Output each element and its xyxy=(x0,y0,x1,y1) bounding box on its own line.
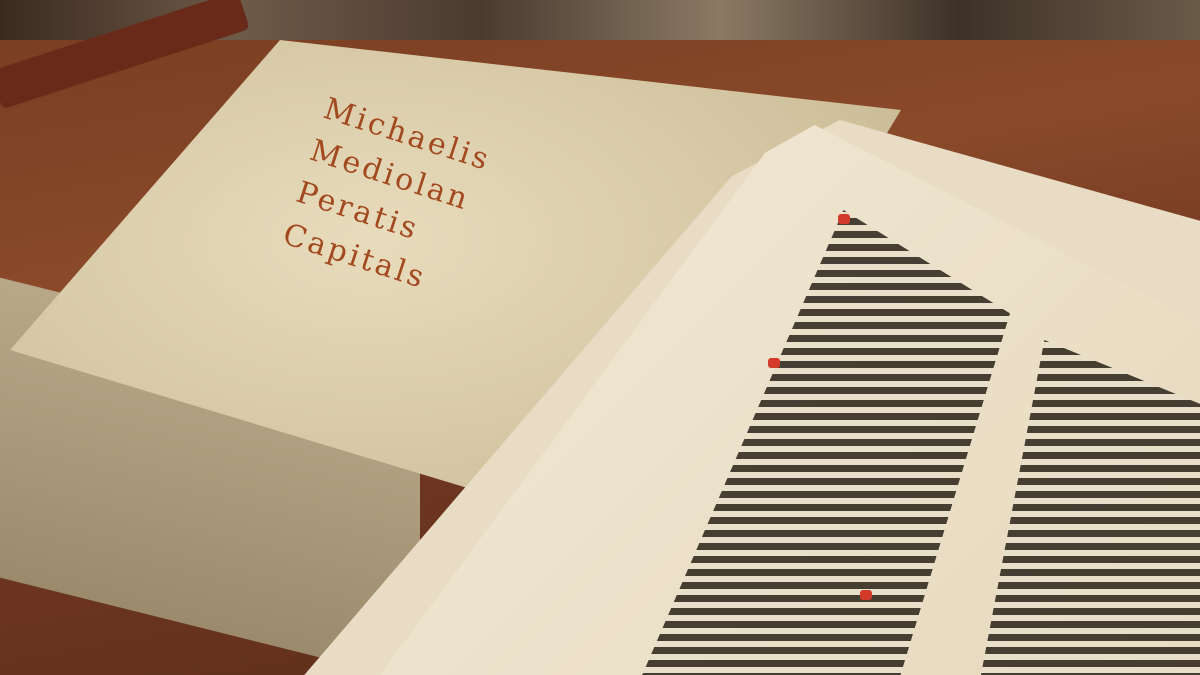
rubric-mark xyxy=(838,214,850,224)
rubric-mark xyxy=(860,590,872,600)
photo-scene: Michaelis Mediolan Peratis Capitals xyxy=(0,0,1200,675)
rubric-mark xyxy=(768,358,780,368)
